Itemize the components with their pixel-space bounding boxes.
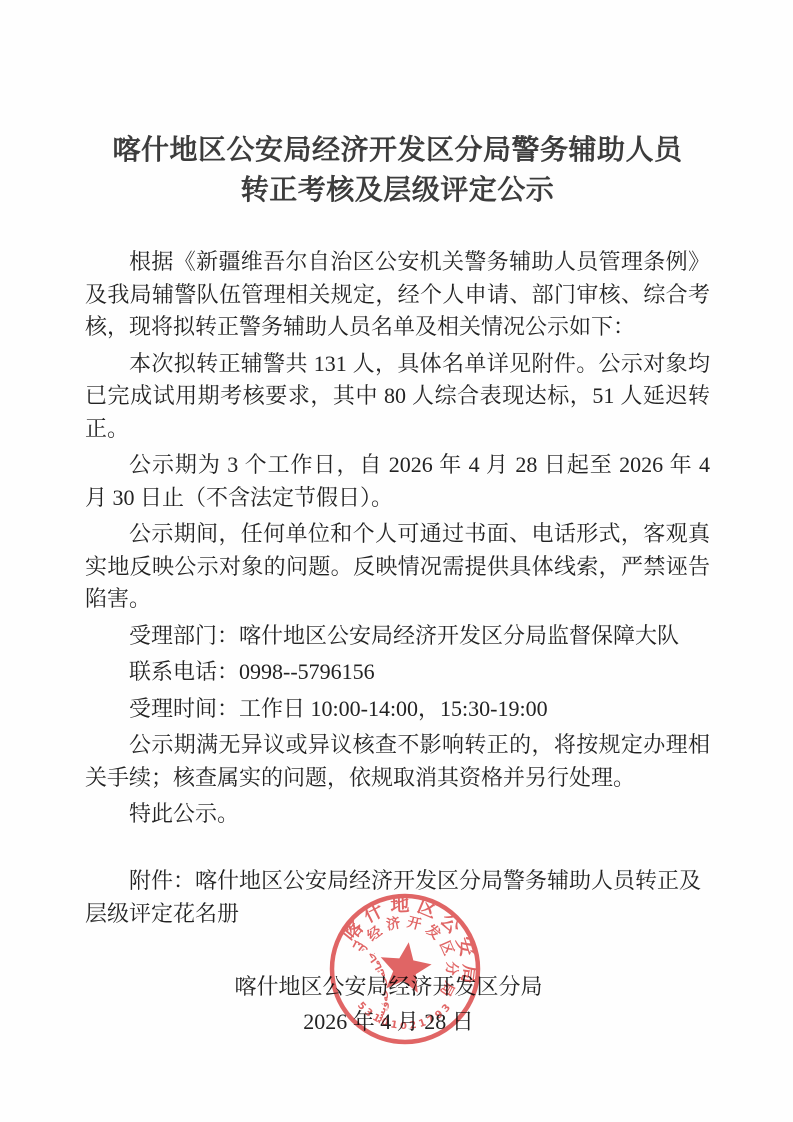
document-title: 喀什地区公安局经济开发区分局警务辅助人员 转正考核及层级评定公示 xyxy=(85,131,710,211)
document-content: 喀什地区公安局经济开发区分局警务辅助人员 转正考核及层级评定公示 根据《新疆维吾… xyxy=(85,0,710,1039)
line-accepting-hours: 受理时间：工作日 10:00-14:00，15:30-19:00 xyxy=(85,693,710,726)
paragraph-publicity-period: 公示期为 3 个工作日，自 2026 年 4 月 28 日起至 2026 年 4… xyxy=(85,449,710,514)
line-contact-phone: 联系电话：0998--5796156 xyxy=(85,656,710,689)
paragraph-closing: 特此公示。 xyxy=(85,798,710,831)
title-line-1: 喀什地区公安局经济开发区分局警务辅助人员 xyxy=(85,131,710,171)
paragraph-result-handling: 公示期满无异议或异议核查不影响转正的，将按规定办理相关手续；核查属实的问题，依规… xyxy=(85,729,710,794)
document-page: 喀什地区公安局经济开发区分局警务辅助人员 转正考核及层级评定公示 根据《新疆维吾… xyxy=(0,0,793,1122)
line-accepting-department: 受理部门：喀什地区公安局经济开发区分局监督保障大队 xyxy=(85,620,710,653)
paragraph-feedback-channels: 公示期间，任何单位和个人可通过书面、电话形式，客观真实地反映公示对象的问题。反映… xyxy=(85,518,710,616)
paragraph-basis: 根据《新疆维吾尔自治区公安机关警务辅助人员管理条例》及我局辅警队伍管理相关规定，… xyxy=(85,246,710,344)
document-body: 根据《新疆维吾尔自治区公安机关警务辅助人员管理条例》及我局辅警队伍管理相关规定，… xyxy=(85,246,710,831)
title-line-2: 转正考核及层级评定公示 xyxy=(85,171,710,211)
paragraph-summary-counts: 本次拟转正辅警共 131 人，具体名单详见附件。公示对象均已完成试用期考核要求，… xyxy=(85,348,710,446)
official-seal-stamp: 喀什地区公安局 经济开发区分局 قەشقەر ۋىلايەتلىك جامائە… xyxy=(320,884,490,1054)
